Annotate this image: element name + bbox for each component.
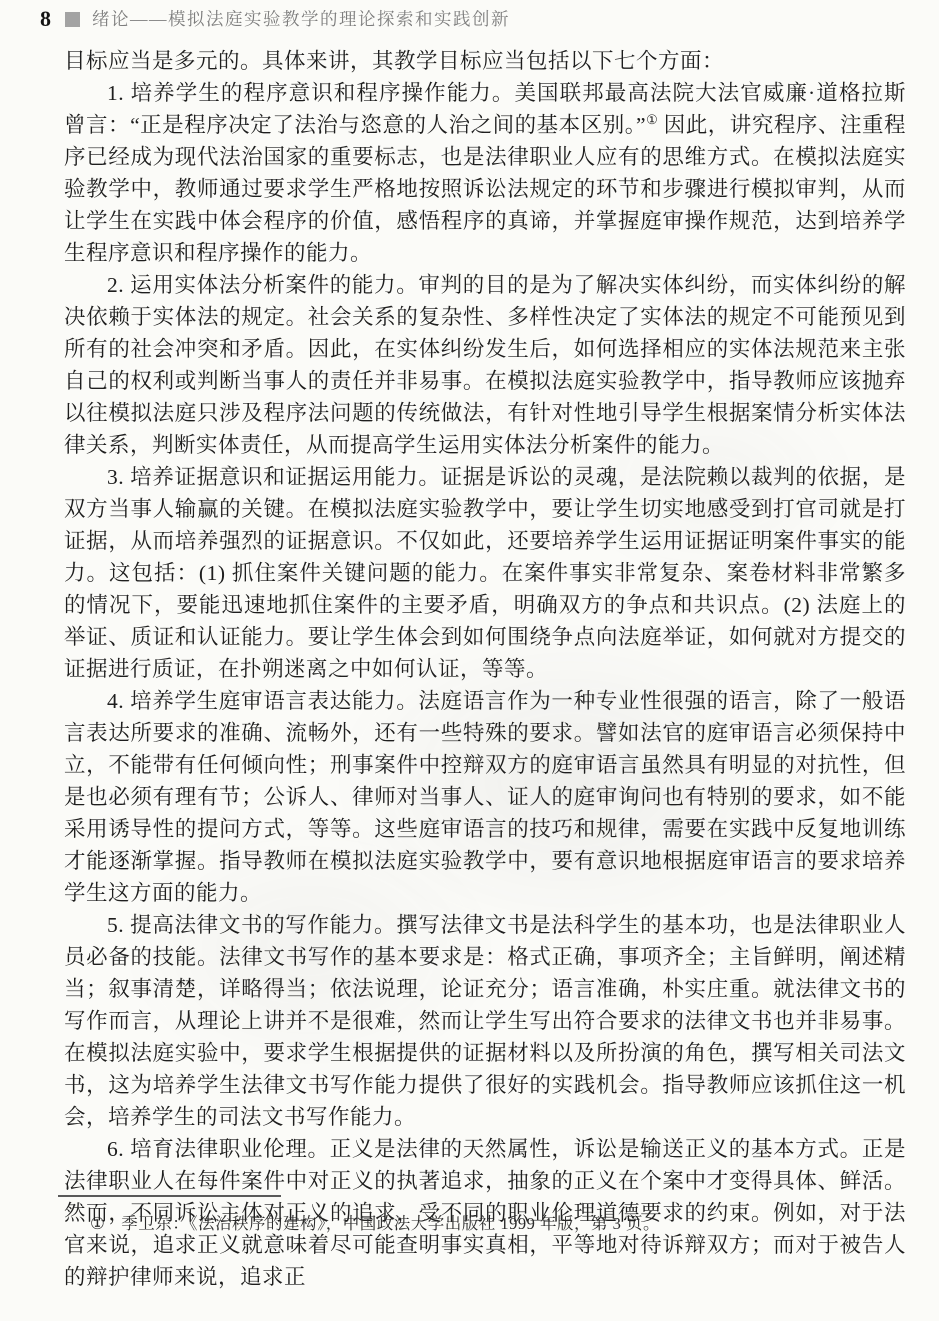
footnote-marker: ① (90, 1214, 105, 1233)
paragraph-3: 3. 培养证据意识和证据运用能力。证据是诉讼的灵魂，是法院赖以裁判的依据，是双方… (64, 461, 906, 685)
paragraph-4: 4. 培养学生庭审语言表达能力。法庭语言作为一种专业性很强的语言，除了一般语言表… (64, 685, 906, 909)
footnote-divider (58, 1195, 281, 1197)
paragraph-intro: 目标应当是多元的。具体来讲，其教学目标应当包括以下七个方面： (64, 45, 906, 77)
paragraph-2: 2. 运用实体法分析案件的能力。审判的目的是为了解决实体纠纷，而实体纠纷的解决依… (64, 269, 906, 461)
book-page: 8 绪论——模拟法庭实验教学的理论探索和实践创新 目标应当是多元的。具体来讲，其… (0, 0, 939, 1321)
section-marker-icon (65, 12, 80, 27)
page-body: 目标应当是多元的。具体来讲，其教学目标应当包括以下七个方面： 1. 培养学生的程… (64, 45, 906, 1293)
footnote: ①季卫东：《法治秩序的建构》，中国政法大学出版社 1999 年版，第 3 页。 (90, 1212, 850, 1236)
running-header: 8 绪论——模拟法庭实验教学的理论探索和实践创新 (40, 8, 510, 30)
running-header-title: 绪论——模拟法庭实验教学的理论探索和实践创新 (92, 9, 510, 29)
paragraph-5: 5. 提高法律文书的写作能力。撰写法律文书是法科学生的基本功，也是法律职业人员必… (64, 909, 906, 1133)
page-number: 8 (40, 8, 51, 30)
paragraph-1: 1. 培养学生的程序意识和程序操作能力。美国联邦最高法院大法官威廉·道格拉斯曾言… (64, 77, 906, 269)
footnote-reference-1: ① (646, 112, 658, 127)
footnote-text: 季卫东：《法治秩序的建构》，中国政法大学出版社 1999 年版，第 3 页。 (121, 1214, 660, 1233)
